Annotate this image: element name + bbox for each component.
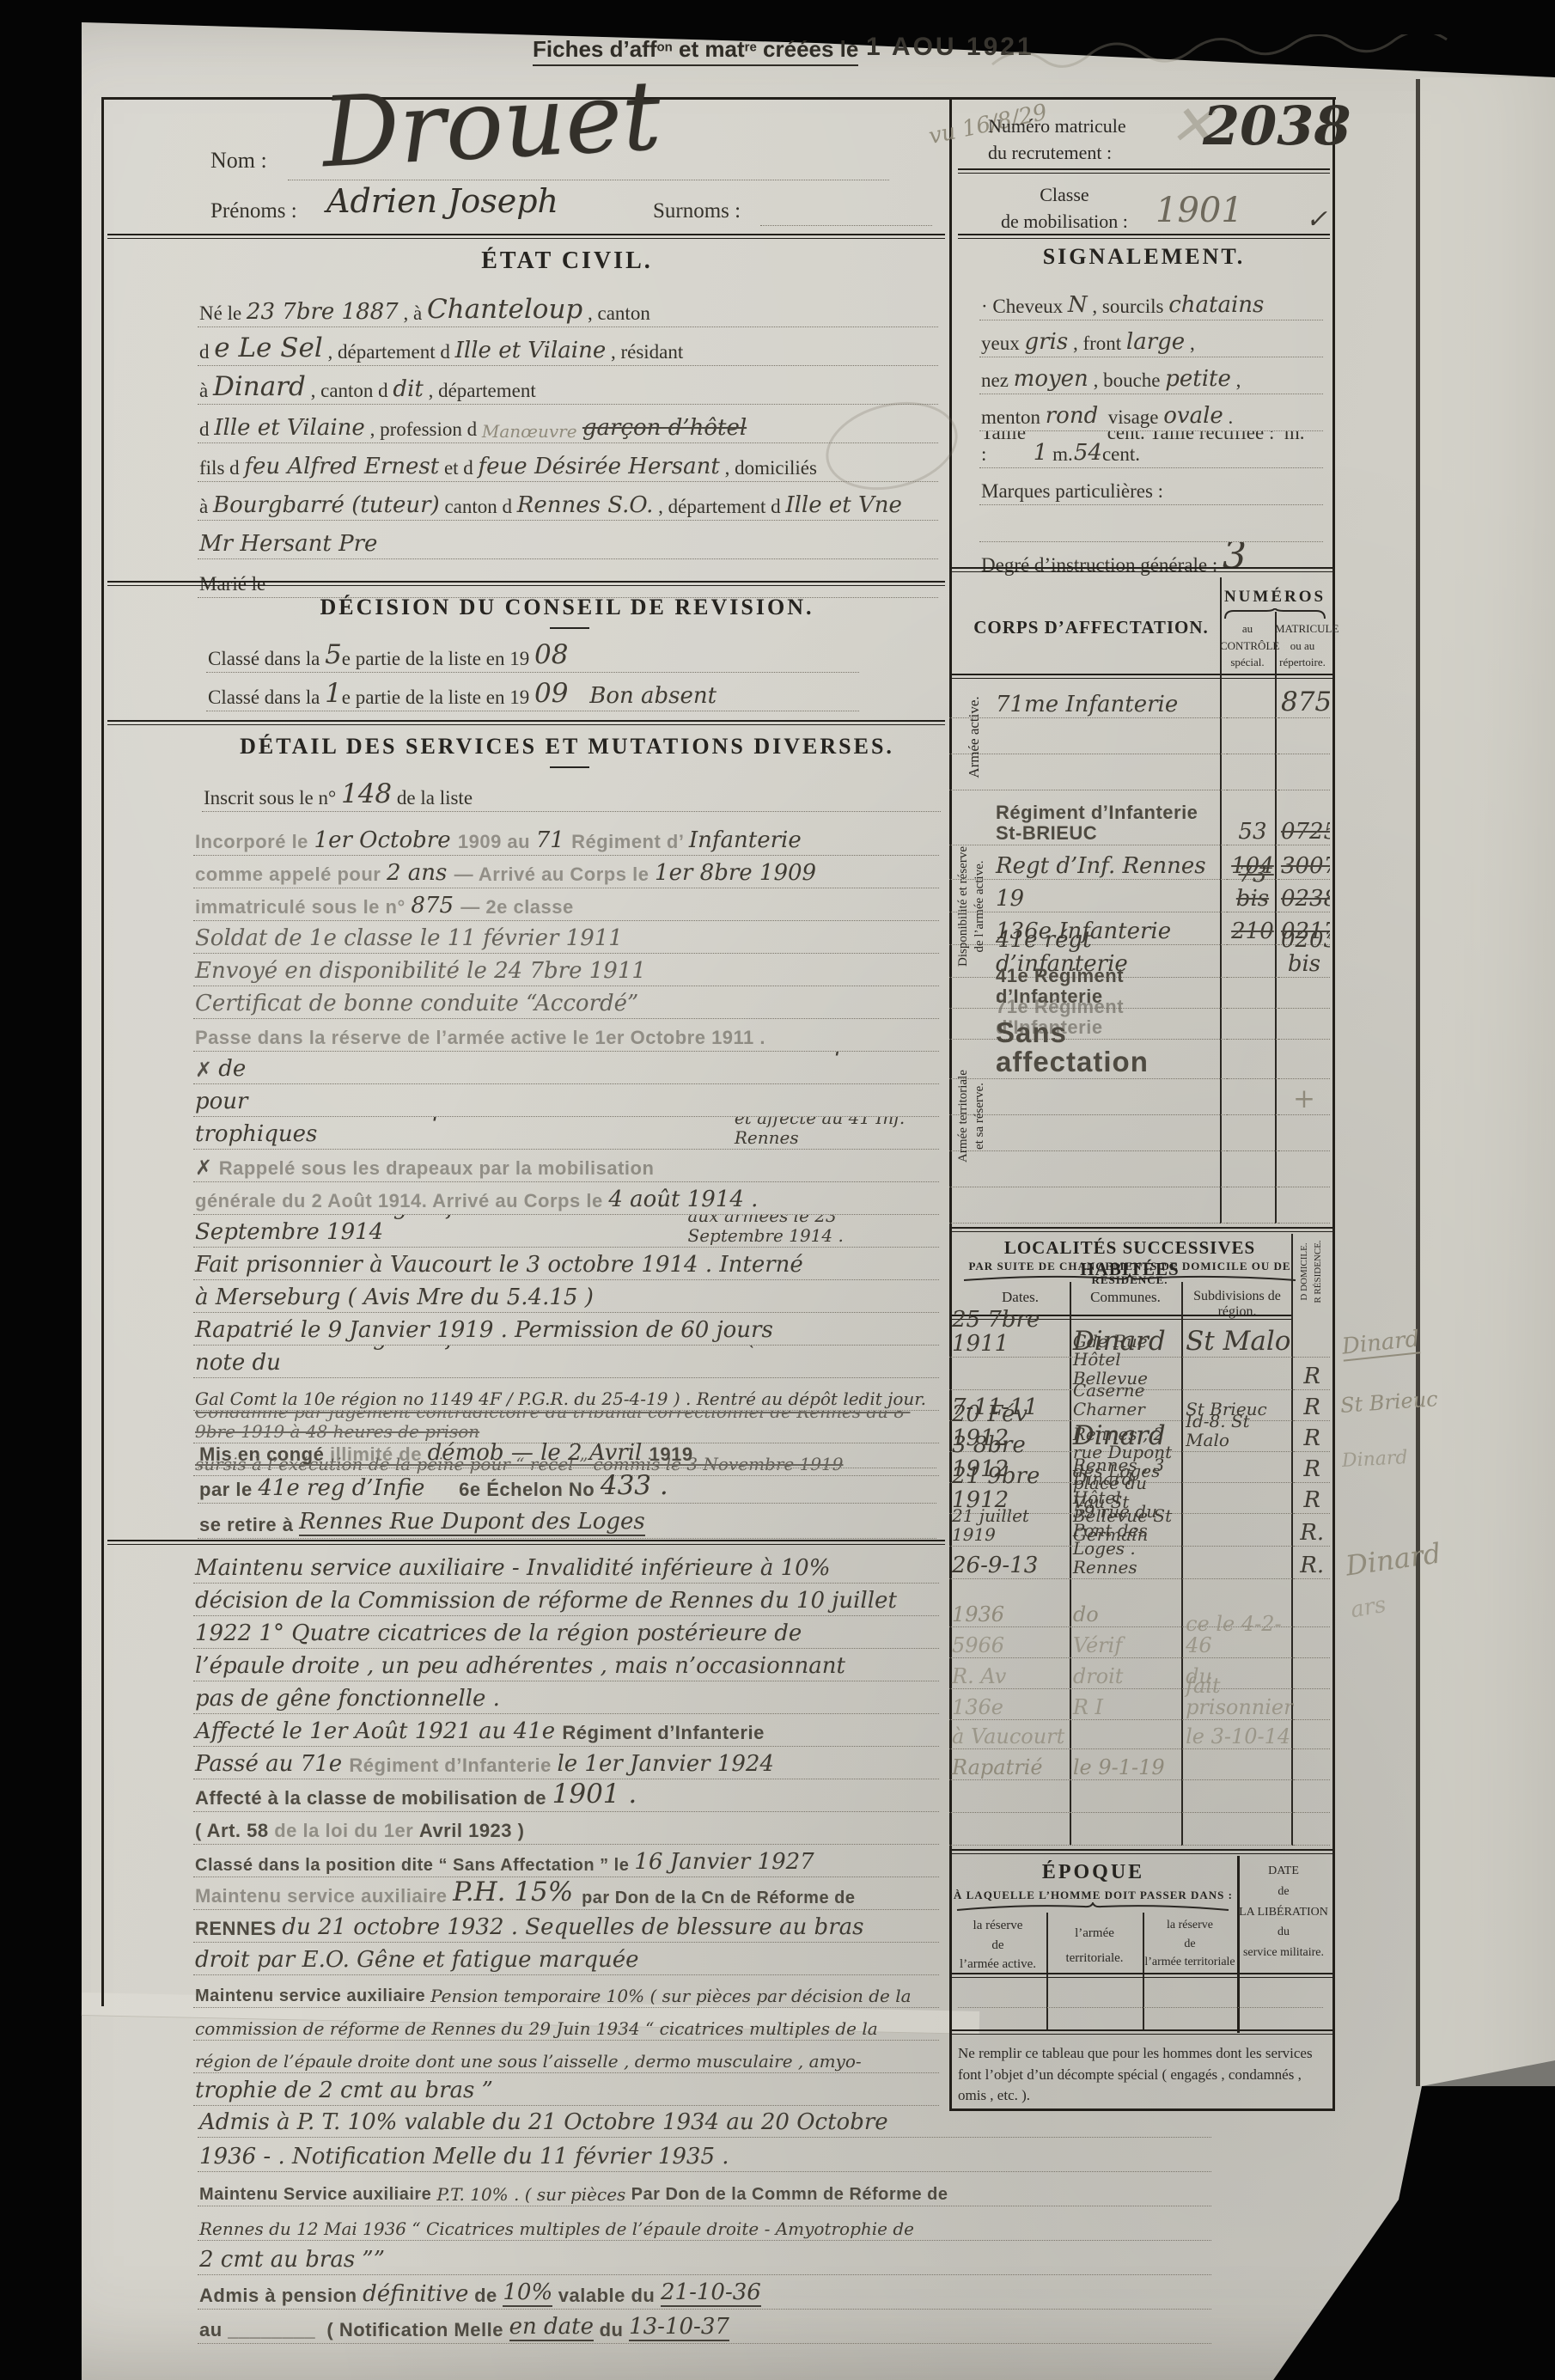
text-segment: e partie de la liste en 19 bbox=[342, 648, 534, 670]
service-line: Passe dans la réserve de l’armée active … bbox=[193, 1019, 939, 1052]
corps-side-label-territoriale: Armée territoriale et sa réserve. bbox=[955, 1017, 988, 1215]
text-segment: de la liste bbox=[392, 787, 473, 809]
text-segment: Ille et Vne bbox=[785, 493, 902, 518]
service-line: Fait prisonnier à Vaucourt le 3 octobre … bbox=[193, 1248, 939, 1280]
text-segment: 71 bbox=[536, 828, 571, 853]
text-segment: 16 Janvier 1927 bbox=[634, 1850, 814, 1875]
text-segment: de la loi du 1er bbox=[274, 1821, 419, 1842]
text-segment: 19 bbox=[996, 888, 1024, 912]
text-segment: démob — le 2 Avril bbox=[428, 1441, 649, 1466]
text-segment: 02384 bbox=[1281, 888, 1330, 912]
text-segment: 21 juillet 1919 bbox=[952, 1507, 1034, 1545]
text-segment: Affecté le 1er Août 1921 au 41e bbox=[195, 1719, 562, 1744]
table-row bbox=[949, 1151, 1330, 1187]
text-segment: rond bbox=[1046, 404, 1098, 429]
conge-line: par le 41e reg d’Infie 6e Échelon No 433… bbox=[198, 1468, 936, 1504]
conge-line: se retire à Rennes Rue Dupont des Loges bbox=[198, 1504, 936, 1539]
text-segment: classe dans le service auxiliaire sur av… bbox=[218, 1052, 936, 1082]
text-segment: à bbox=[199, 380, 213, 402]
table-cell: 19 bbox=[949, 888, 1227, 912]
table-cell bbox=[1183, 1779, 1294, 1780]
table-cell: Id-8. St Malo bbox=[1183, 1413, 1294, 1452]
table-row: Régiment d’Infanterie St-BRIEUC530725 bbox=[949, 790, 1330, 845]
table-row bbox=[949, 1813, 1330, 1846]
text-segment: , résidant bbox=[606, 341, 683, 363]
text-segment: comme appelé pour bbox=[195, 864, 387, 886]
suite-line: Maintenu service auxiliaire P.H. 15% par… bbox=[193, 1877, 939, 1910]
table-cell: R bbox=[1294, 1489, 1330, 1514]
text-segment: Passe dans la réserve de l’armée active … bbox=[195, 1028, 765, 1049]
text-segment: Maintenu service auxiliaire - Invalidité… bbox=[195, 1556, 830, 1581]
classe-label: Classe de mobilisation : bbox=[1001, 182, 1128, 235]
services-title: DÉTAIL DES SERVICES ET MUTATIONS DIVERSE… bbox=[198, 734, 936, 760]
etat-line: à Bourgbarré (tuteur) canton d Rennes S.… bbox=[198, 482, 938, 521]
table-cell bbox=[1278, 1077, 1330, 1079]
text-segment: Maintenu Service auxiliaire bbox=[199, 2185, 436, 2204]
text-segment: , département d bbox=[323, 341, 455, 363]
table-row: 136eR Ifait prisonnier bbox=[949, 1689, 1330, 1720]
table-cell: Regt d’Inf. Rennes bbox=[949, 855, 1227, 880]
text-segment: RENNES bbox=[195, 1919, 282, 1940]
table-cell: R bbox=[1294, 1396, 1330, 1421]
text-segment: pas de gêne fonctionnelle . bbox=[195, 1687, 500, 1712]
table-cell bbox=[949, 1186, 1227, 1187]
text-segment: et mat bbox=[673, 36, 745, 62]
table-cell bbox=[1294, 1626, 1330, 1627]
table-cell bbox=[1183, 1578, 1294, 1579]
text-segment: Incorporé le bbox=[195, 832, 314, 853]
epoque-brace bbox=[955, 1902, 1230, 1911]
table-cell bbox=[1278, 1222, 1330, 1224]
text-segment: garçon d’hôtel bbox=[582, 416, 747, 441]
text-segment: illimité de bbox=[330, 1444, 428, 1466]
prenoms-label: Prénoms : bbox=[210, 199, 297, 223]
table-row bbox=[949, 718, 1330, 754]
text-segment: 1 bbox=[1034, 441, 1048, 466]
text-segment: d bbox=[199, 341, 214, 363]
table-cell bbox=[949, 789, 1227, 790]
etat-line: à Dinard , canton d dit , département bbox=[198, 366, 938, 405]
text-segment: par Don de la Cn de Réforme de bbox=[582, 1889, 855, 1907]
text-segment: feue Désirée Hersant bbox=[479, 455, 720, 479]
text-segment: se retire à bbox=[199, 1515, 299, 1536]
table-cell bbox=[949, 1222, 1227, 1224]
decision-section: Classé dans la 5e partie de la liste en … bbox=[206, 634, 859, 711]
pencil-scribble bbox=[988, 34, 1503, 82]
text-segment: 21-10-36 bbox=[661, 2280, 761, 2307]
text-segment: Rapatrié le 9 Janvier 1919 . Permission … bbox=[195, 1318, 773, 1343]
text-segment: Ille et Vilaine bbox=[455, 339, 607, 363]
text-segment: 1936 - . Notification Melle du 11 févrie… bbox=[199, 2145, 729, 2169]
nom-label: Nom : bbox=[210, 148, 267, 174]
text-segment: 1901 . bbox=[552, 1779, 637, 1809]
table-cell bbox=[1227, 1007, 1278, 1009]
text-segment: droit par E.O. Gêne et fatigue marquée bbox=[195, 1948, 638, 1973]
signalement-line: Taille : 1 m. 54 cent. Taille rectifiée … bbox=[979, 431, 1323, 468]
suite-line: 1922 1° Quatre cicatrices de la région p… bbox=[193, 1616, 939, 1649]
text-segment: Manœuvre bbox=[482, 422, 582, 441]
text-segment: dit bbox=[393, 377, 423, 402]
text-segment: Classé dans la position dite “ Sans Affe… bbox=[195, 1856, 634, 1875]
text-segment: Rapatrié bbox=[952, 1757, 1043, 1779]
table-row: 5966Vérifce le 4-2-46 bbox=[949, 1627, 1330, 1658]
text-segment: visage bbox=[1098, 406, 1163, 429]
etat-line: Mr Hersant Pre bbox=[198, 521, 938, 559]
text-segment: 09 bbox=[534, 679, 568, 709]
table-cell bbox=[1070, 1811, 1183, 1813]
text-segment: ovale bbox=[1163, 404, 1223, 429]
text-segment: e partie de la liste en 19 bbox=[342, 687, 534, 709]
table-cell bbox=[1278, 1038, 1330, 1040]
text-segment: Inscrit sous le n° bbox=[204, 787, 341, 809]
table-cell bbox=[1183, 1512, 1294, 1514]
text-segment: — Arrivé au Corps le bbox=[454, 864, 655, 886]
conge-bottom-rule bbox=[107, 1540, 945, 1545]
text-segment: ( Art. 58 bbox=[195, 1821, 274, 1842]
text-segment: 13-10-37 bbox=[629, 2315, 729, 2341]
table-cell: R. bbox=[1294, 1554, 1330, 1579]
epoque-col-2: l’armée territoriale. bbox=[1046, 1921, 1143, 1970]
decision-line: Classé dans la 5e partie de la liste en … bbox=[206, 634, 859, 673]
table-cell: R bbox=[1294, 1458, 1330, 1483]
table-cell: Régiment d’Infanterie St-BRIEUC bbox=[949, 802, 1227, 845]
suite-line: Maintenu service auxiliaire Pension temp… bbox=[193, 1975, 939, 2008]
lower-line: Maintenu Service auxiliaire P.T. 10% . (… bbox=[198, 2172, 1211, 2206]
epoque-note: Ne remplir ce tableau que pour les homme… bbox=[958, 2043, 1327, 2107]
suite-section: Maintenu service auxiliaire - Invalidité… bbox=[193, 1551, 939, 2106]
corps-numeros-label: NUMÉROS bbox=[1220, 588, 1330, 607]
matricule-label: Numéro matricule du recrutement : bbox=[988, 113, 1126, 167]
text-segment: petite bbox=[1165, 367, 1231, 392]
table-cell bbox=[1183, 1811, 1294, 1813]
epoque-body-rule bbox=[949, 2029, 1335, 2035]
loc-col-residence: R RÉSIDENCE. bbox=[1313, 1229, 1323, 1315]
suite-line: Affecté le 1er Août 1921 au 41e Régiment… bbox=[193, 1714, 939, 1747]
service-line: Gal Comt la 10e région no 1149 4F / P.G.… bbox=[193, 1378, 939, 1411]
table-cell bbox=[1278, 789, 1330, 790]
text-segment: Maintenu service auxiliaire bbox=[195, 1886, 453, 1907]
table-row bbox=[949, 1187, 1330, 1224]
service-line: Certificat de bonne conduite “Accordé” bbox=[193, 986, 939, 1019]
table-row bbox=[949, 1780, 1330, 1813]
table-cell bbox=[1278, 1007, 1330, 1009]
text-segment: gris bbox=[1024, 330, 1068, 355]
epoque-vline-2 bbox=[1143, 1913, 1144, 2029]
text-segment: à Vaucourt bbox=[952, 1726, 1064, 1748]
text-segment: Ille et Vilaine bbox=[214, 416, 365, 441]
text-segment: du bbox=[594, 2320, 629, 2341]
text-segment: 41e reg d’Infie bbox=[258, 1476, 424, 1501]
text-segment: Bon absent bbox=[568, 684, 717, 709]
suite-line: pas de gêne fonctionnelle . bbox=[193, 1681, 939, 1714]
text-segment: Classé dans la bbox=[208, 687, 325, 709]
table-cell: R bbox=[1294, 1365, 1330, 1390]
service-line: ✗ Rappelé sous les drapeaux par la mobil… bbox=[193, 1150, 939, 1182]
check-mark-icon: ✓ bbox=[1306, 204, 1327, 235]
text-segment: St Brieuc et Don du Gal comt les 3 et 4e… bbox=[195, 1084, 936, 1114]
table-cell bbox=[1227, 1077, 1278, 1079]
localites-table: 25 7bre 1911DinardSt MaloGde Rue Hôtel B… bbox=[949, 1320, 1330, 1846]
text-segment: 25 7bre 1911 bbox=[952, 1309, 1047, 1356]
text-segment: do bbox=[1073, 1604, 1099, 1626]
text-segment: Vérif bbox=[1073, 1635, 1122, 1657]
text-segment: du 21 octobre 1932 . Sequelles de blessu… bbox=[282, 1915, 863, 1940]
text-segment: 10% bbox=[503, 2280, 552, 2307]
text-segment: on bbox=[656, 40, 672, 55]
table-cell bbox=[1070, 1844, 1183, 1846]
table-cell: 02036 bis bbox=[1278, 929, 1330, 978]
service-line: Passé au 136e Regt Infanterie le 1er Sep… bbox=[193, 1215, 939, 1248]
text-segment: droit bbox=[1073, 1666, 1124, 1688]
lower-line: Rennes du 12 Mai 1936 “ Cicatrices multi… bbox=[198, 2206, 1211, 2241]
text-segment: moyen bbox=[1014, 367, 1088, 392]
text-segment: à bbox=[199, 496, 213, 518]
table-cell bbox=[1294, 1718, 1330, 1720]
epoque-col-1: la réserve de l’armée active. bbox=[949, 1916, 1046, 1974]
table-cell bbox=[1278, 753, 1330, 754]
table-cell bbox=[1227, 1186, 1278, 1187]
text-segment: Marques particulières : bbox=[981, 480, 1163, 503]
etat-line: Né le 23 7bre 1887 , à Chanteloup , cant… bbox=[198, 289, 938, 327]
table-cell: 73 bis bbox=[1227, 864, 1278, 912]
table-cell: R bbox=[1294, 1427, 1330, 1452]
text-segment: trophie de 2 cmt au bras ” bbox=[195, 2078, 493, 2103]
text-segment: feu Alfred Ernest bbox=[244, 455, 439, 479]
table-cell: 02384 bbox=[1278, 888, 1330, 912]
text-segment: re bbox=[745, 40, 757, 55]
table-cell bbox=[1294, 1779, 1330, 1780]
prenoms-value: Adrien Joseph bbox=[326, 182, 558, 220]
table-cell: droit bbox=[1070, 1666, 1183, 1689]
table-cell: 0725 bbox=[1278, 821, 1330, 845]
text-segment: Degré d’instruction générale : bbox=[981, 554, 1223, 577]
table-cell bbox=[1227, 1150, 1278, 1151]
epoque-vline-1 bbox=[1046, 1913, 1048, 2029]
epoque-empty-row bbox=[958, 2007, 1323, 2008]
signalement-line: · Cheveux N , sourcils chatains bbox=[979, 284, 1323, 320]
text-segment: , département bbox=[424, 380, 536, 402]
table-cell: 136e bbox=[949, 1697, 1070, 1720]
table-cell bbox=[949, 1811, 1070, 1813]
text-segment: immatriculé sous le n° bbox=[195, 897, 411, 918]
text-segment: R bbox=[1303, 1458, 1320, 1482]
text-segment: 1er 8bre 1909 bbox=[655, 861, 816, 886]
suite-line: ( Art. 58 de la loi du 1er Avril 1923 ) bbox=[193, 1812, 939, 1845]
text-segment: , front bbox=[1068, 333, 1126, 355]
text-segment: à Merseburg ( Avis Mre du 5.4.15 ) bbox=[195, 1285, 594, 1310]
text-segment: Certificat de bonne conduite “Accordé” bbox=[195, 992, 638, 1016]
epoque-date-col: DATE de LA LIBÉRATION du service militai… bbox=[1237, 1861, 1330, 1963]
service-line: immatriculé sous le n° 875 — 2e classe bbox=[193, 888, 939, 921]
text-segment: Classé dans la bbox=[208, 648, 325, 670]
nom-value: Drouet bbox=[320, 60, 663, 189]
table-cell bbox=[1294, 1657, 1330, 1658]
text-segment: 5 bbox=[325, 640, 342, 670]
text-segment: · Cheveux bbox=[981, 296, 1068, 318]
corps-table: 71me Infanterie875Régiment d’Infanterie … bbox=[949, 679, 1330, 1224]
text-segment: le 3-10-14 bbox=[1186, 1726, 1290, 1748]
loc-col-domicile: D DOMICILE. bbox=[1299, 1229, 1309, 1315]
card-border-right bbox=[1332, 97, 1335, 2111]
services-section: Incorporé le 1er Octobre 1909 au 71 Régi… bbox=[193, 823, 939, 1476]
suite-line: l’épaule droite , un peu adhérentes , ma… bbox=[193, 1649, 939, 1681]
identity-rule bbox=[107, 234, 945, 239]
table-cell: à Vaucourt bbox=[949, 1726, 1070, 1749]
surnoms-field-line bbox=[760, 225, 932, 226]
classe-rule bbox=[958, 234, 1330, 239]
signalement-line: menton rond visage ovale . bbox=[979, 394, 1323, 431]
text-segment: 08 bbox=[534, 640, 568, 670]
text-segment: 0725 bbox=[1281, 821, 1330, 845]
text-segment: , sourcils bbox=[1088, 296, 1169, 318]
text-segment: 1922 1° Quatre cicatrices de la région p… bbox=[195, 1621, 802, 1646]
text-segment: 2 ans bbox=[387, 861, 454, 886]
etat-line: d Ille et Vilaine , profession d Manœuvr… bbox=[198, 405, 938, 443]
table-row: Sans affectation bbox=[949, 1040, 1330, 1079]
corps-col-matricule: MATRICULE ou au répertoire. bbox=[1275, 620, 1330, 671]
text-segment: Envoyé en disponibilité le 24 7bre 1911 bbox=[195, 959, 646, 984]
text-segment: 1909 au bbox=[458, 832, 536, 853]
text-segment: et d bbox=[439, 457, 478, 479]
text-segment: le 1er Janvier 1924 bbox=[557, 1752, 774, 1777]
service-line: Passé au 41e regt d’infanterie le 10 mar… bbox=[193, 1346, 939, 1378]
signalement-section: · Cheveux N , sourcils chatains yeux gri… bbox=[979, 284, 1323, 578]
table-cell: 53 bbox=[1227, 821, 1278, 845]
text-segment: de bbox=[468, 2285, 503, 2307]
margin-note: Dinard bbox=[1341, 1447, 1408, 1472]
text-segment: fils d bbox=[199, 457, 244, 479]
text-segment: Passé au 71e bbox=[195, 1752, 349, 1777]
text-segment: Passé au 136e Regt Infanterie le 1er Sep… bbox=[195, 1215, 688, 1245]
table-cell bbox=[1294, 1748, 1330, 1749]
table-cell bbox=[1278, 1150, 1330, 1151]
text-segment: , bouche bbox=[1088, 369, 1165, 392]
text-segment: 21 9bre 1912 bbox=[952, 1465, 1047, 1512]
table-cell: Rapatrié bbox=[949, 1757, 1070, 1780]
text-segment: décision de la Commission de réforme de … bbox=[195, 1589, 897, 1614]
service-line: Soldat de 1e classe le 11 février 1911 bbox=[193, 921, 939, 954]
table-cell: 25 7bre 1911 bbox=[949, 1309, 1070, 1358]
epoque-subtitle: À LAQUELLE L’HOMME DOIT PASSER DANS : bbox=[949, 1889, 1237, 1902]
text-segment: Avril 1923 ) bbox=[419, 1821, 525, 1842]
text-segment: Infanterie bbox=[689, 828, 802, 853]
text-segment: Mis en congé bbox=[199, 1444, 330, 1466]
text-segment: 71me Infanterie bbox=[996, 693, 1178, 717]
conge-line: Mis en congé illimité de démob — le 2 Av… bbox=[198, 1433, 936, 1468]
epoque-title: ÉPOQUE bbox=[949, 1861, 1237, 1884]
text-segment: 53 bbox=[1238, 821, 1266, 845]
table-cell bbox=[1294, 1356, 1330, 1358]
conge-section: Mis en congé illimité de démob — le 2 Av… bbox=[198, 1433, 936, 1539]
table-cell: 1936 bbox=[949, 1604, 1070, 1627]
text-segment: Né le bbox=[199, 302, 247, 325]
text-segment: P.H. 15% bbox=[453, 1877, 582, 1907]
text-segment: fait prisonnier bbox=[1186, 1675, 1294, 1719]
epoque-col-3: la réserve de l’armée territoriale bbox=[1143, 1916, 1237, 1972]
decision-title-dash bbox=[550, 627, 589, 629]
text-segment: commission de réforme de Rennes du 29 Ju… bbox=[195, 2019, 878, 2038]
table-cell bbox=[1227, 717, 1278, 718]
text-segment: Affecté à la classe de mobilisation de bbox=[195, 1788, 552, 1809]
service-line: ✗ classe dans le service auxiliaire sur … bbox=[193, 1052, 939, 1084]
signalement-bottom-rule bbox=[949, 567, 1335, 572]
text-segment: P.T. 10% . ( sur pièces bbox=[436, 2185, 631, 2204]
signalement-title: SIGNALEMENT. bbox=[958, 244, 1330, 270]
table-row: à Vaucourtle 3-10-14 bbox=[949, 1720, 1330, 1749]
text-segment: Rappelé sous les drapeaux par la mobilis… bbox=[219, 1158, 655, 1180]
text-segment: R I bbox=[1073, 1697, 1103, 1719]
signalement-line: nez moyen , bouche petite , bbox=[979, 357, 1323, 394]
table-cell: 3007 bbox=[1278, 855, 1330, 880]
table-cell: + bbox=[1278, 1085, 1330, 1115]
page-fold-edge bbox=[1416, 79, 1420, 2086]
text-segment: aux armées le 23 Septembre 1914 . bbox=[688, 1215, 936, 1245]
text-segment: R. Av bbox=[952, 1666, 1006, 1688]
text-segment: Gde Rue Hôtel Bellevue bbox=[1073, 1333, 1153, 1389]
text-segment: Rennes S.O. bbox=[517, 493, 654, 518]
text-segment: ✗ bbox=[195, 1059, 218, 1082]
text-segment: . bbox=[1223, 406, 1234, 429]
corps-bottom-rule bbox=[949, 1227, 1335, 1232]
suite-line: Affecté à la classe de mobilisation de 1… bbox=[193, 1779, 939, 1812]
text-segment: générale du 2 Août 1914. Arrivé au Corps… bbox=[195, 1191, 608, 1212]
table-cell: le 9-1-19 bbox=[1070, 1757, 1183, 1780]
signalement-line: Degré d’instruction générale : 3 bbox=[979, 542, 1323, 578]
text-segment: Rennes du 12 Mai 1936 “ Cicatrices multi… bbox=[199, 2219, 914, 2238]
table-cell bbox=[1294, 1844, 1330, 1846]
corps-title: CORPS D’AFFECTATION. bbox=[971, 617, 1211, 638]
text-segment: d bbox=[199, 418, 214, 441]
services-intro-line: Inscrit sous le n° 148 de la liste bbox=[202, 775, 941, 812]
text-segment: Soldat de 1e classe le 11 février 1911 bbox=[195, 926, 623, 951]
suite-line: Passé au 71e Régiment d’Infanterie le 1e… bbox=[193, 1747, 939, 1779]
table-cell bbox=[1227, 1038, 1278, 1040]
text-segment: e Le Sel bbox=[214, 333, 322, 363]
text-segment: R bbox=[1303, 1427, 1320, 1451]
table-row: 26-9-1359 rue du Pont des Loges . Rennes… bbox=[949, 1547, 1330, 1579]
text-segment: m. bbox=[1047, 443, 1074, 466]
table-cell: R I bbox=[1070, 1697, 1183, 1720]
etat-civil-bottom-rule bbox=[107, 581, 945, 586]
text-segment: 26-9-13 bbox=[952, 1554, 1038, 1578]
text-segment: 54 bbox=[1074, 441, 1102, 466]
text-segment: Chanteloup bbox=[427, 295, 582, 325]
table-cell: St Malo bbox=[1183, 1327, 1294, 1358]
table-cell bbox=[949, 1114, 1227, 1115]
matricule-value: 2038 bbox=[1203, 95, 1351, 157]
table-cell: ce le 4-2-46 bbox=[1183, 1614, 1294, 1658]
text-segment: le 9-1-19 bbox=[1073, 1757, 1165, 1779]
text-segment: ce le 4-2-46 bbox=[1186, 1614, 1282, 1657]
second-sheet-edge bbox=[1420, 77, 1555, 2086]
service-line: à Merseburg ( Avis Mre du 5.4.15 ) bbox=[193, 1280, 939, 1313]
table-cell: R. Av bbox=[949, 1666, 1070, 1689]
text-segment: R. bbox=[1300, 1522, 1324, 1546]
etat-civil-section: Né le 23 7bre 1887 , à Chanteloup , cant… bbox=[198, 289, 938, 598]
text-segment: 02036 bis bbox=[1281, 929, 1330, 976]
text-segment: Régiment d’Infanterie St-BRIEUC bbox=[996, 802, 1198, 844]
suite-line: trophie de 2 cmt au bras ” bbox=[193, 2073, 939, 2106]
text-segment: , bbox=[1185, 333, 1195, 355]
text-segment: Regt d’Inf. Rennes bbox=[996, 855, 1206, 879]
epoque-header-rule bbox=[949, 1973, 1335, 1978]
text-segment: 1er Octobre bbox=[314, 828, 458, 853]
text-segment: large bbox=[1126, 330, 1185, 355]
text-segment: région de l’épaule droite dont une sous … bbox=[195, 2052, 862, 2071]
table-cell: 5966 bbox=[949, 1635, 1070, 1658]
text-segment: Id-8. St Malo bbox=[1186, 1413, 1255, 1450]
text-segment: 5966 bbox=[952, 1635, 1004, 1657]
